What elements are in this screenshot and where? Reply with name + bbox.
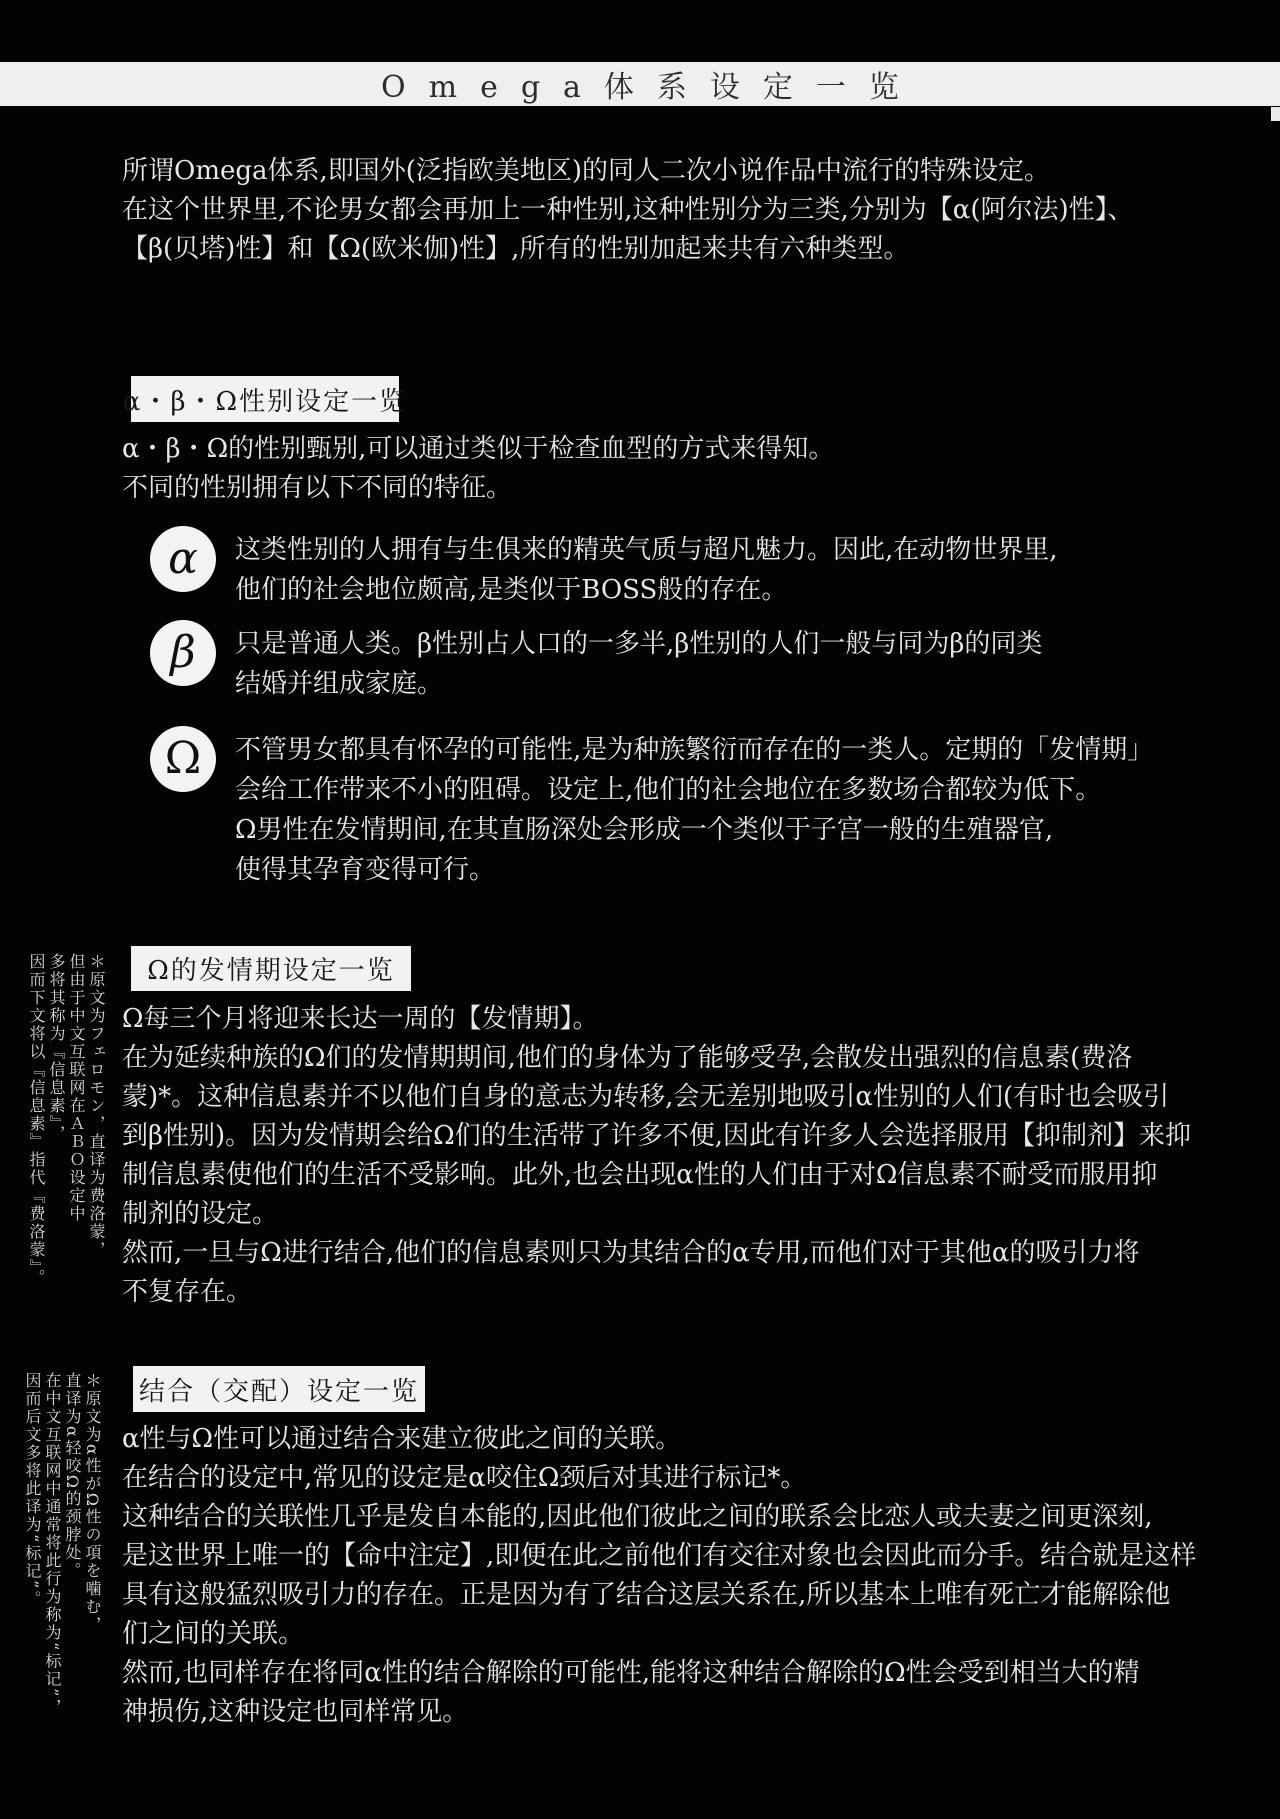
omega-line: 不管男女都具有怀孕的可能性,是为种族繁衍而存在的一类人。定期的「发情期」 [235, 730, 1153, 770]
section-header-abo: α・β・Ω性别设定一览 [131, 376, 399, 422]
bond-line: 然而,也同样存在将同α性的结合解除的可能性,能将这种结合解除的Ω性会受到相当大的… [122, 1654, 1196, 1693]
section-heading-text: Ω的发情期设定一览 [147, 950, 395, 987]
section-heading-text: 结合（交配）设定一览 [139, 1371, 419, 1408]
omega-line: 使得其孕育变得可行。 [235, 850, 1153, 890]
bond-line: 具有这般猛烈吸引力的存在。正是因为有了结合这层关系在,所以基本上唯有死亡才能解除… [122, 1576, 1196, 1615]
page-title: Omega体系设定一览 [358, 62, 922, 106]
beta-symbol-badge: β [150, 620, 216, 686]
section-header-bond: 结合（交配）设定一览 [133, 1366, 425, 1412]
heat-line: 到β性别)。因为发情期会给Ω们的生活带了许多不便,因此有许多人会选择服用【抑制剂… [122, 1117, 1191, 1156]
scanned-info-page: Omega体系设定一览 所谓Omega体系,即国外(泛指欧美地区)的同人二次小说… [0, 0, 1280, 1819]
intro-line: 所谓Omega体系,即国外(泛指欧美地区)的同人二次小说作品中流行的特殊设定。 [122, 152, 1134, 191]
omega-description: 不管男女都具有怀孕的可能性,是为种族繁衍而存在的一类人。定期的「发情期」 会给工… [235, 726, 1153, 890]
alpha-symbol-badge: α [150, 526, 216, 592]
heat-line: 制信息素使他们的生活不受影响。此外,也会出现α性的人们由于对Ω信息素不耐受而服用… [122, 1156, 1191, 1195]
beta-line: 只是普通人类。β性别占人口的一多半,β性别的人们一般与同为β的同类 [235, 624, 1042, 664]
intro-line: 在这个世界里,不论男女都会再加上一种性别,这种性别分为三类,分别为【α(阿尔法)… [122, 191, 1134, 230]
footnote-mark: ＊原文为α性がΩ性の項を噛む， 直译为α轻咬Ω的颈脖处。 在中文互联网中通常将此… [22, 1372, 102, 1722]
title-band: Omega体系设定一览 [0, 62, 1280, 106]
type-row-omega: Ω 不管男女都具有怀孕的可能性,是为种族繁衍而存在的一类人。定期的「发情期」 会… [150, 726, 1153, 890]
footnote-column: 但由于中文互联网在ＡＢＯ设定中 [66, 953, 86, 1303]
footnote-column: 多将其称为『信息素』， [46, 953, 66, 1303]
type-row-alpha: α 这类性别的人拥有与生俱来的精英气质与超凡魅力。因此,在动物世界里, 他们的社… [150, 526, 1058, 610]
heat-line: 在为延续种族的Ω们的发情期期间,他们的身体为了能够受孕,会散发出强烈的信息素(费… [122, 1039, 1191, 1078]
heat-paragraph: Ω每三个月将迎来长达一周的【发情期】。 在为延续种族的Ω们的发情期期间,他们的身… [122, 1000, 1191, 1312]
bond-line: 是这世界上唯一的【命中注定】,即便在此之前他们有交往对象也会因此而分手。结合就是… [122, 1537, 1196, 1576]
beta-line: 结婚并组成家庭。 [235, 664, 1042, 704]
section-heading-text: α・β・Ω性别设定一览 [123, 381, 407, 418]
omega-line: Ω男性在发情期间,在其直肠深处会形成一个类似于子宫一般的生殖器官, [235, 810, 1153, 850]
bond-line: 神损伤,这种设定也同样常见。 [122, 1693, 1196, 1732]
bond-line: α性与Ω性可以通过结合来建立彼此之间的关联。 [122, 1420, 1196, 1459]
footnote-column: 在中文互联网中通常将此行为称为“标记”， [42, 1372, 62, 1722]
type-row-beta: β 只是普通人类。β性别占人口的一多半,β性别的人们一般与同为β的同类 结婚并组… [150, 620, 1042, 704]
heat-line: 不复存在。 [122, 1273, 1191, 1312]
footnote-column: 因而后文多将此译为“标记”。 [22, 1372, 42, 1722]
omega-symbol-badge: Ω [150, 726, 216, 792]
alpha-line: 他们的社会地位颇高,是类似于BOSS般的存在。 [235, 570, 1058, 610]
footnote-column: 因而下文将以『信息素』指代『费洛蒙』。 [26, 953, 46, 1303]
footnote-column: 直译为α轻咬Ω的颈脖处。 [62, 1372, 82, 1722]
bond-line: 这种结合的关联性几乎是发自本能的,因此他们彼此之间的联系会比恋人或夫妻之间更深刻… [122, 1498, 1196, 1537]
abo-lead: α・β・Ω的性别甄别,可以通过类似于检查血型的方式来得知。 不同的性别拥有以下不… [122, 430, 834, 508]
heat-line: 制剂的设定。 [122, 1195, 1191, 1234]
bond-line: 们之间的关联。 [122, 1615, 1196, 1654]
footnote-column: ＊原文为α性がΩ性の項を噛む， [82, 1372, 102, 1722]
beta-description: 只是普通人类。β性别占人口的一多半,β性别的人们一般与同为β的同类 结婚并组成家… [235, 620, 1042, 704]
heat-line: 蒙)*。这种信息素并不以他们自身的意志为转移,会无差别地吸引α性别的人们(有时也… [122, 1078, 1191, 1117]
omega-line: 会给工作带来不小的阻碍。设定上,他们的社会地位在多数场合都较为低下。 [235, 770, 1153, 810]
intro-paragraph: 所谓Omega体系,即国外(泛指欧美地区)的同人二次小说作品中流行的特殊设定。 … [122, 152, 1134, 269]
heat-line: Ω每三个月将迎来长达一周的【发情期】。 [122, 1000, 1191, 1039]
abo-lead-line: α・β・Ω的性别甄别,可以通过类似于检查血型的方式来得知。 [122, 430, 834, 469]
heat-line: 然而,一旦与Ω进行结合,他们的信息素则只为其结合的α专用,而他们对于其他α的吸引… [122, 1234, 1191, 1273]
intro-line: 【β(贝塔)性】和【Ω(欧米伽)性】,所有的性别加起来共有六种类型。 [122, 230, 1134, 269]
scan-edge-artifact [1271, 107, 1280, 121]
alpha-line: 这类性别的人拥有与生俱来的精英气质与超凡魅力。因此,在动物世界里, [235, 530, 1058, 570]
footnote-pheromone: ＊原文为フェロモン，直译为费洛蒙， 但由于中文互联网在ＡＢＯ设定中 多将其称为『… [26, 953, 106, 1303]
alpha-symbol: α [168, 537, 198, 581]
section-header-heat: Ω的发情期设定一览 [131, 946, 411, 991]
alpha-description: 这类性别的人拥有与生俱来的精英气质与超凡魅力。因此,在动物世界里, 他们的社会地… [235, 526, 1058, 610]
beta-symbol: β [170, 631, 195, 675]
abo-lead-line: 不同的性别拥有以下不同的特征。 [122, 469, 834, 508]
footnote-column: ＊原文为フェロモン，直译为费洛蒙， [86, 953, 106, 1303]
omega-symbol: Ω [165, 737, 201, 781]
bond-paragraph: α性与Ω性可以通过结合来建立彼此之间的关联。 在结合的设定中,常见的设定是α咬住… [122, 1420, 1196, 1732]
bond-line: 在结合的设定中,常见的设定是α咬住Ω颈后对其进行标记*。 [122, 1459, 1196, 1498]
